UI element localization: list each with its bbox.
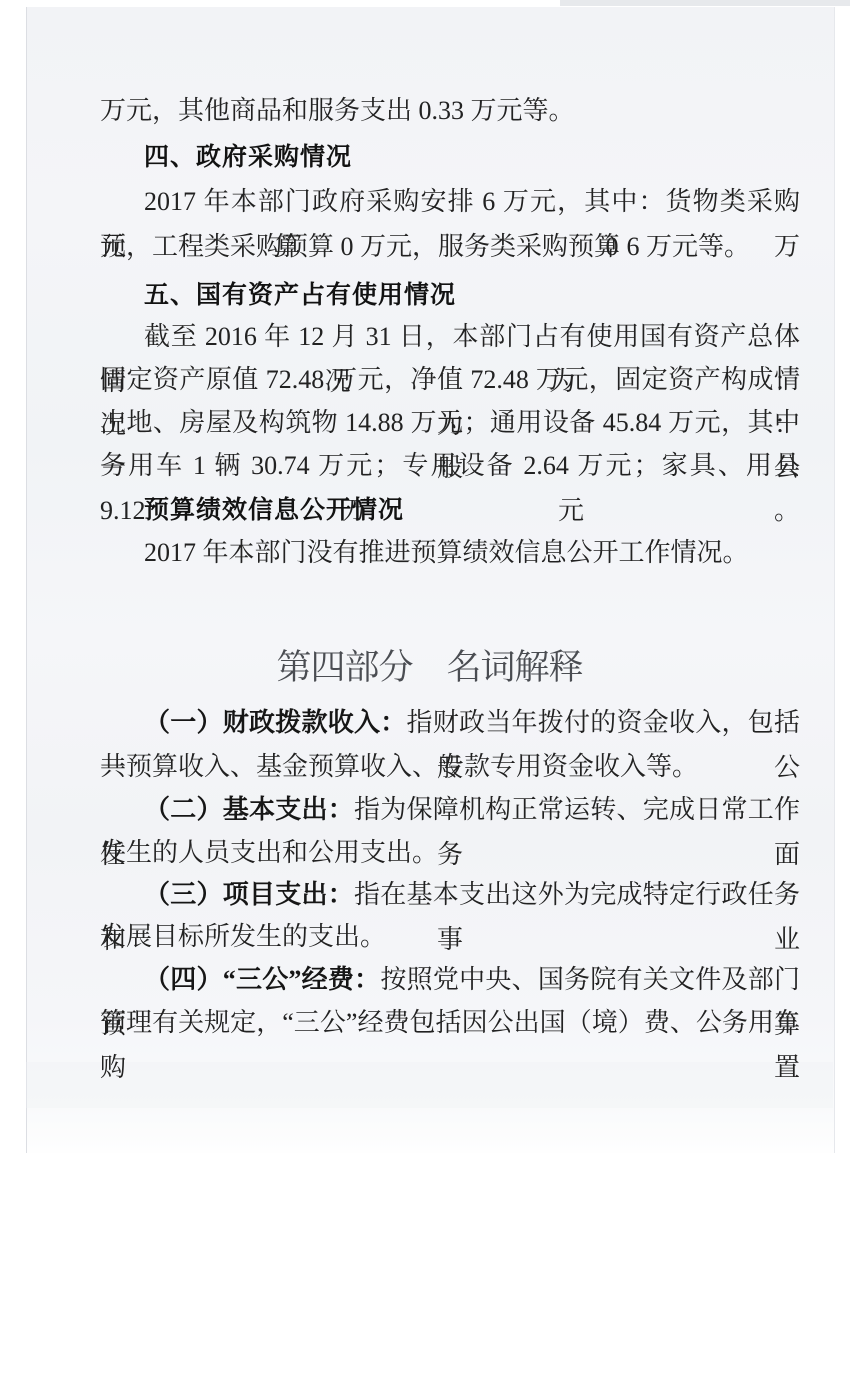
term-name: （二）基本支出： bbox=[144, 795, 354, 824]
term-definition-line: （二）基本支出：指为保障机构正常运转、完成日常工作任务面 bbox=[100, 787, 800, 832]
heading-text: 五、国有资产占有使用情况 bbox=[144, 281, 456, 309]
text-line: 2017 年本部门政府采购安排 6 万元，其中：货物类采购预算 0 万 bbox=[100, 179, 800, 224]
text-line: 务用车 1 辆 30.74 万元；专用设备 2.64 万元；家具、用具 9.12… bbox=[100, 443, 800, 488]
term-definition-line: （四）“三公”经费：按照党中央、国务院有关文件及部门预算 bbox=[100, 957, 800, 1002]
term-name: （三）项目支出： bbox=[144, 880, 354, 909]
scanned-document: { "page": { "background": "#ffffff", "sh… bbox=[0, 0, 850, 1400]
text-run: 发生的人员支出和公用支出。 bbox=[100, 838, 438, 867]
text-run: 万元，其他商品和服务支出 0.33 万元等。 bbox=[100, 96, 575, 125]
text-line: 发展目标所发生的支出。 bbox=[100, 914, 800, 959]
text-run: 共预算收入、基金预算收入、专款专用资金收入等。 bbox=[100, 752, 698, 781]
text-line: 土地、房屋及构筑物 14.88 万元；通用设备 45.84 万元，其中一般公 bbox=[100, 400, 800, 445]
text-line: 共预算收入、基金预算收入、专款专用资金收入等。 bbox=[100, 744, 800, 789]
term-name: （一）财政拨款收入： bbox=[144, 708, 407, 737]
section-title: 第四部分 名词解释 bbox=[26, 642, 833, 694]
heading-text: 四、政府采购情况 bbox=[144, 143, 352, 171]
text-run: 发展目标所发生的支出。 bbox=[100, 922, 386, 951]
scan-edge-artifact bbox=[560, 0, 850, 6]
text-line: 万元，其他商品和服务支出 0.33 万元等。 bbox=[100, 88, 800, 133]
text-run: 管理有关规定，“三公”经费包括因公出国（境）费、公务用车购置 bbox=[100, 1008, 800, 1082]
heading-gov-procurement: 四、政府采购情况 bbox=[100, 134, 800, 179]
term-definition-line: （三）项目支出：指在基本支出这外为完成特定行政任务和事业 bbox=[100, 872, 800, 917]
text-line: 截至 2016 年 12 月 31 日，本部门占有使用国有资产总体情况为： bbox=[100, 314, 800, 359]
heading-text: 预算绩效信息公开情况 bbox=[144, 496, 404, 524]
heading-budget-performance: 预算绩效信息公开情况 bbox=[100, 487, 800, 532]
term-definition-line: （一）财政拨款收入：指财政当年拨付的资金收入，包括一般公 bbox=[100, 700, 800, 745]
text-line: 元，工程类采购预算 0 万元，服务类采购预算 6 万元等。 bbox=[100, 224, 800, 269]
text-line: 2017 年本部门没有推进预算绩效信息公开工作情况。 bbox=[100, 530, 800, 575]
heading-state-assets: 五、国有资产占有使用情况 bbox=[100, 272, 800, 317]
term-name: （四）“三公”经费： bbox=[144, 965, 380, 994]
text-run: 元，工程类采购预算 0 万元，服务类采购预算 6 万元等。 bbox=[100, 232, 750, 261]
text-run: 2017 年本部门没有推进预算绩效信息公开工作情况。 bbox=[144, 538, 749, 567]
text-line: 固定资产原值 72.48 万元，净值 72.48 万元，固定资产构成情况为： bbox=[100, 357, 800, 402]
text-line: 管理有关规定，“三公”经费包括因公出国（境）费、公务用车购置 bbox=[100, 1000, 800, 1045]
text-line: 发生的人员支出和公用支出。 bbox=[100, 830, 800, 875]
